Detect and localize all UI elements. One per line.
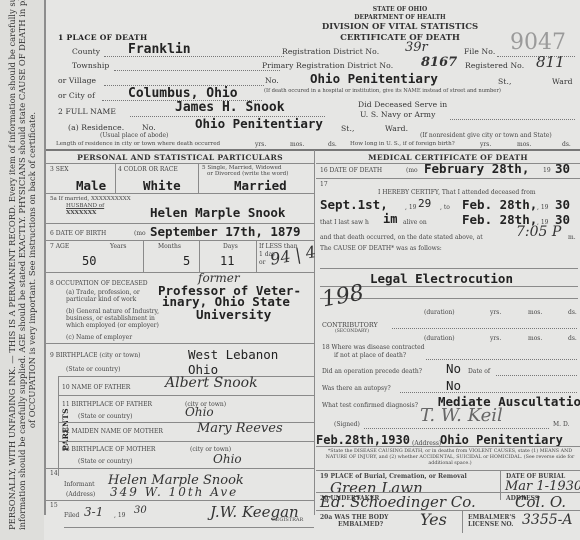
contributory-yrs: yrs. — [490, 335, 501, 342]
to-label: , to — [440, 204, 450, 211]
informant-label: Informant — [64, 481, 94, 488]
alive-label: alive on — [403, 219, 427, 226]
marital-label-2: or Divorced (write the word) — [207, 171, 288, 177]
days-label: Days — [223, 243, 238, 250]
cause-footnote: *State the DISEASE CAUSING DEATH, or in … — [322, 449, 578, 466]
foreign-ds: ds. — [562, 141, 571, 148]
age-divider-1 — [143, 240, 144, 272]
item-17: 17 — [320, 181, 328, 188]
reg-district-label: Registration District No. — [282, 47, 379, 56]
operation-label: Did an operation precede death? — [322, 368, 422, 375]
filed-year: 30 — [134, 505, 147, 516]
years-label: Years — [110, 243, 127, 250]
birthplace-label: 9 BIRTHPLACE (city or town) — [50, 352, 140, 359]
spouse-label-2: HUSBAND of — [66, 203, 104, 209]
city-value: Columbus, Ohio — [128, 86, 238, 101]
age-days-value: 11 — [220, 254, 234, 268]
autopsy-line — [400, 392, 577, 393]
navy-label-1: Did Deceased Serve in — [358, 100, 447, 109]
nonresident-note: (If nonresident give city or town and St… — [420, 132, 552, 139]
undertaker-line — [316, 510, 580, 511]
trade-label-2: particular kind of work — [66, 296, 136, 303]
autopsy-value: No — [446, 378, 461, 393]
autopsy-label: Was there an autopsy? — [322, 385, 391, 392]
trade-label-1: (a) Trade, profession, or — [66, 289, 140, 296]
duration-yrs: yrs. — [490, 309, 501, 316]
item-18-line — [426, 359, 577, 360]
attended-from: Sept.1st, — [320, 197, 388, 212]
item-18-label-2: if not at place of death? — [334, 352, 406, 359]
test-label: What test confirmed diagnosis? — [322, 402, 418, 409]
filed-label: Filed — [64, 512, 79, 519]
secondary-label: (SECONDARY) — [335, 329, 369, 334]
time-label: and that death occurred, on the date sta… — [320, 234, 483, 241]
filed-year-prefix: , 19 — [114, 512, 125, 519]
parents-border — [58, 376, 59, 476]
personal-title-line — [46, 163, 314, 164]
header-title: CERTIFICATE OF DEATH — [280, 33, 520, 43]
employer-label: (c) Name of employer — [66, 334, 132, 341]
time-suffix: m. — [568, 234, 576, 241]
mother-birth-state-label: (State or country) — [78, 458, 132, 465]
dob-month-prefix: (mo — [134, 230, 146, 237]
cause-line-1 — [320, 268, 578, 269]
registered-no-value: 811 — [536, 53, 565, 71]
contributory-label: CONTRIBUTORY — [322, 321, 378, 329]
less-label-3: or — [259, 259, 265, 266]
duration-mos: mos. — [528, 309, 542, 316]
filed-num: 15 — [50, 502, 58, 509]
mother-line — [58, 441, 314, 442]
frame-border — [44, 0, 46, 515]
embalmed-divider — [462, 511, 463, 533]
mother-birth-value: Ohio — [213, 452, 242, 466]
informant-address: 349 W. 10th Ave — [110, 485, 238, 499]
date-of-line — [496, 375, 577, 376]
race-value: White — [143, 178, 181, 193]
certify-text: I HEREBY CERTIFY, That I attended deceas… — [378, 189, 536, 196]
place-of-death-label: 1 PLACE OF DEATH — [58, 33, 147, 42]
md-label: M. D. — [553, 421, 569, 428]
margin-line-1: PERSONALLY, WITH UNFADING INK. — THIS IS… — [7, 10, 17, 530]
mother-birth-label: 13 BIRTHPLACE OF MOTHER — [62, 446, 155, 453]
residence-label: (a) Residence. — [68, 123, 124, 132]
navy-label-2: U. S. Navy or Army — [360, 110, 435, 119]
row-line-3 — [46, 240, 314, 241]
undertaker-value: Ed. Schoedinger Co. — [320, 493, 476, 511]
usual-place-note: (Usual place of abode) — [100, 132, 168, 139]
occupation-label: 8 OCCUPATION OF DECEASED — [50, 280, 148, 287]
father-line — [58, 395, 314, 396]
header-department: DEPARTMENT OF HEALTH — [300, 14, 500, 21]
race-divider — [198, 163, 199, 193]
dod-label: 16 DATE OF DEATH — [320, 167, 382, 174]
time-value: 7:05 P — [516, 224, 561, 240]
to-year-prefix: , 19 — [537, 204, 548, 211]
signed-label: (Signed) — [334, 421, 360, 428]
instruction-margin: PERSONALLY, WITH UNFADING INK. — THIS IS… — [0, 0, 44, 540]
sex-value: Male — [76, 178, 106, 193]
length-residence-label: Length of residence in city or town wher… — [56, 141, 220, 147]
institution-value: Ohio Penitentiary — [310, 71, 438, 86]
to-year: 30 — [555, 197, 570, 212]
length-mos: mos. — [290, 141, 304, 148]
residence-value: Ohio Penitentiary — [195, 116, 323, 131]
mother-label: 12 MAIDEN NAME OF MOTHER — [62, 428, 163, 435]
foreign-mos: mos. — [517, 141, 531, 148]
informant-num: 14 — [50, 470, 58, 477]
foreign-yrs: yrs. — [480, 141, 491, 148]
institution-no-label: No. — [265, 76, 279, 85]
contributory-mos: mos. — [528, 335, 542, 342]
father-birth-label: 11 BIRTHPLACE OF FATHER — [62, 401, 152, 408]
race-label: 4 COLOR OR RACE — [118, 166, 178, 173]
father-value: Albert Snook — [165, 375, 258, 391]
dod-year-prefix: 19 — [543, 167, 551, 174]
township-label: Township — [72, 61, 109, 70]
header-state: STATE OF OHIO — [300, 6, 500, 13]
file-number-stamp: 9047 — [510, 30, 566, 55]
death-certificate: PERSONALLY, WITH UNFADING INK. — THIS IS… — [0, 0, 580, 540]
physician-address: Ohio Penitentiary — [440, 433, 563, 447]
cause-value: Legal Electrocution — [370, 271, 513, 286]
dob-label: 6 DATE OF BIRTH — [50, 230, 106, 237]
dod-year: 30 — [555, 161, 570, 176]
county-value: Franklin — [128, 42, 191, 57]
spouse-value: Helen Marple Snook — [150, 205, 285, 220]
full-name-value: James H. Snook — [175, 100, 285, 115]
residence-ward-label: Ward. — [385, 124, 408, 133]
age-months-value: 5 — [183, 254, 190, 268]
age-divider-2 — [199, 240, 200, 272]
file-no-label: File No. — [464, 47, 495, 56]
burial-date-divider — [500, 470, 501, 500]
filed-date: 3-1 — [84, 505, 103, 519]
duration-label: (duration) — [424, 309, 455, 316]
dod-value: February 28th, — [424, 161, 529, 176]
age-years-value: 50 — [82, 254, 96, 268]
primary-district-value: 8167 — [421, 55, 457, 70]
birthplace-state-label: (State or country) — [66, 366, 120, 373]
embalmed-label-2: EMBALMED? — [338, 521, 383, 528]
mother-value: Mary Reeves — [197, 421, 283, 436]
row-line-1 — [46, 193, 314, 194]
ward-label: Ward — [552, 77, 573, 86]
embalmed-label-1: 20a WAS THE BODY — [320, 514, 388, 521]
from-year-prefix: , 19 — [405, 204, 416, 211]
residence-no-label: No. — [142, 123, 156, 132]
industry-label-1: (b) General nature of Industry, — [66, 308, 159, 315]
attended-to: Feb. 28th, — [462, 197, 537, 212]
village-label: or Village — [58, 76, 96, 85]
registrar-label: REGISTRAR — [272, 517, 303, 523]
residence-st-label: St., — [341, 124, 354, 133]
physician-address-line — [316, 446, 580, 447]
father-birth-value: Ohio — [185, 405, 214, 419]
margin-instructions: PERSONALLY, WITH UNFADING INK. — THIS IS… — [7, 10, 37, 530]
informant-line — [46, 500, 314, 501]
county-label: County — [72, 47, 100, 56]
last-saw-label: that I last saw h — [320, 219, 369, 226]
row-line-4 — [46, 272, 314, 273]
row-line-5 — [46, 343, 314, 344]
reg-district-value: 39r — [405, 40, 428, 55]
father-birth-state-label: (State or country) — [78, 413, 132, 420]
item-18-label-1: 18 Where was disease contracted — [322, 344, 425, 351]
signature-line — [364, 428, 549, 429]
from-year: 29 — [418, 197, 431, 210]
hospital-note: (If death occured in a hospital or insti… — [264, 88, 501, 94]
filed-line — [64, 527, 314, 528]
column-divider — [314, 150, 315, 515]
personal-section-title: PERSONAL AND STATISTICAL PARTICULARS — [46, 153, 314, 162]
header-division: DIVISION OF VITAL STATISTICS — [280, 22, 520, 32]
contributory-line — [392, 328, 577, 329]
navy-line — [450, 119, 575, 120]
sex-label: 3 SEX — [50, 166, 69, 173]
months-label: Months — [158, 243, 181, 250]
industry-label-3: which employed (or employer) — [66, 322, 159, 329]
spouse-label-1: 5a If married, XXXXXXXXXX — [50, 196, 131, 202]
full-name-label: 2 FULL NAME — [58, 107, 116, 116]
mother-birth-line — [46, 468, 314, 469]
foreign-birth-label: How long in U. S., if of foreign birth? — [350, 141, 455, 147]
dod-prefix: (mo — [406, 167, 418, 174]
trade-line-2: inary, Ohio State — [162, 296, 290, 307]
margin-line-2: information should be carefully supplied… — [17, 10, 27, 530]
sex-divider — [115, 163, 116, 193]
duration-ds: ds. — [568, 309, 577, 316]
date-of-label: Date of — [468, 368, 490, 375]
last-saw-pronoun: im — [383, 212, 397, 226]
city-label: or City of — [58, 91, 95, 100]
st-label: St., — [498, 77, 511, 86]
footnote-line — [316, 470, 580, 471]
township-line — [114, 70, 280, 71]
signed-date: Feb.28th,1930 — [316, 433, 410, 447]
spouse-label-3: XXXXXXX — [66, 210, 96, 216]
dob-value: September 17th, 1879 — [150, 224, 301, 239]
section-divider — [46, 149, 580, 151]
dod-line — [316, 178, 580, 179]
license-label-2: LICENSE NO. — [468, 521, 513, 528]
operation-value: No — [446, 361, 461, 376]
embalmed-value: Yes — [420, 510, 447, 529]
physician-signature: T. W. Keil — [420, 405, 503, 426]
margin-line-3: of OCCUPATION is very important. See ins… — [27, 10, 37, 530]
age-divider-3 — [256, 240, 257, 272]
length-ds: ds. — [328, 141, 337, 148]
father-label: 10 NAME OF FATHER — [62, 384, 130, 391]
registered-no-label: Registered No. — [465, 61, 524, 70]
informant-address-label: (Address) — [66, 491, 95, 498]
primary-district-label: Primary Registration District No. — [262, 61, 393, 70]
contributory-ds: ds. — [568, 335, 577, 342]
length-yrs: yrs. — [255, 141, 266, 148]
license-label-1: EMBALMER'S — [468, 514, 516, 521]
contributory-duration-label: (duration) — [424, 335, 455, 342]
age-label: 7 AGE — [50, 243, 69, 250]
industry-value: University — [196, 307, 271, 322]
birthplace-city: West Lebanon — [188, 347, 278, 362]
cause-label: The CAUSE OF DEATH* was as follows: — [320, 245, 442, 252]
marital-value: Married — [234, 178, 287, 193]
industry-label-2: business, or establishment in — [66, 315, 155, 322]
license-value: 3355-A — [522, 512, 572, 528]
undertaker-address-value: Col. O. — [515, 493, 566, 511]
